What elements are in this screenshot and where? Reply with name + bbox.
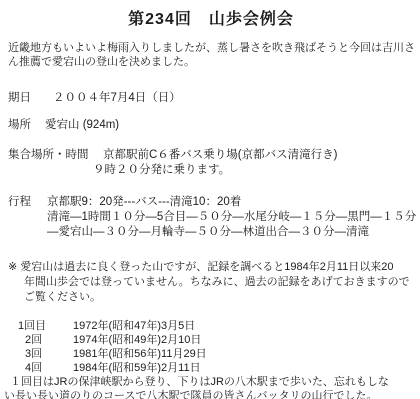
text-line: 近畿地方もいよいよ梅雨入りしましたが、蒸し暑さを吹き飛ばそうと今回は吉川さ	[8, 41, 414, 55]
info-label: 期日	[8, 91, 31, 106]
record-date: 1981年(昭和56年)11月29日	[73, 348, 207, 360]
text-line: 清滝—1時間１０分—5合目—５０分—水尾分岐—１５分—黒門—１５分	[47, 210, 414, 225]
record-row: 4回1984年(昭和59年)2月11日	[8, 361, 414, 375]
info-value: 愛宕山 (924m)	[45, 118, 414, 133]
info-label: 場所	[8, 118, 31, 133]
text-line: ※ 愛宕山は過去に良く登った山ですが、記録を調べると1984年2月11日以来20	[8, 260, 414, 275]
info-section: 期日２００４年7月4日（日）場所愛宕山 (924m)集合場所・時間京都駅前C６番…	[8, 91, 414, 240]
text-line: 年間山歩会では登っていません。ちなみに、過去の記録をあげておきますので	[8, 275, 414, 290]
info-value: 京都駅9：20発---バス---清滝10：20着清滝—1時間１０分—5合目—５０…	[47, 195, 414, 240]
info-row: 行程京都駅9：20発---バス---清滝10：20着清滝—1時間１０分—5合目—…	[8, 195, 414, 240]
record-label: 4回	[18, 361, 73, 375]
record-label: 3回	[18, 347, 73, 361]
record-label: 2回	[18, 333, 73, 347]
intro-paragraph: 近畿地方もいよいよ梅雨入りしましたが、蒸し暑さを吹き飛ばそうと今回は吉川さん推薦…	[8, 41, 414, 69]
page-title: 第234回 山歩会例会	[8, 6, 414, 29]
note-paragraph: ※ 愛宕山は過去に良く登った山ですが、記録を調べると1984年2月11日以来20…	[8, 260, 414, 305]
text-line: 愛宕山 (924m)	[45, 118, 414, 133]
record-label: 1回目	[18, 319, 73, 333]
closing-paragraph: １回目はJRの保津峡駅から登り、下りはJRの八木駅まで歩いた、忘れもしない長い長…	[4, 375, 414, 399]
info-value: ２００４年7月4日（日）	[53, 91, 414, 106]
text-line: 京都駅前C６番バス乗り場(京都バス清滝行き)	[103, 148, 414, 163]
info-label: 集合場所・時間	[8, 148, 89, 163]
text-line: い長い長い道のりのコースで八木駅で隊員の皆さんバッタリの山行でした。	[4, 389, 414, 399]
text-line: ９時２０分発に乗ります。	[93, 163, 414, 178]
info-label: 行程	[8, 195, 31, 210]
record-row: 2回1974年(昭和49年)2月10日	[8, 333, 414, 347]
record-date: 1974年(昭和49年)2月10日	[73, 334, 201, 346]
text-line: —愛宕山—３０分—月輪寺—５０分—林道出合—３０分—清滝	[47, 225, 414, 240]
records-list: 1回目1972年(昭和47年)3月5日2回1974年(昭和49年)2月10日3回…	[8, 319, 414, 375]
text-line: １回目はJRの保津峡駅から登り、下りはJRの八木駅まで歩いた、忘れもしな	[4, 375, 414, 389]
text-line: ん推薦で愛宕山の登山を決めました。	[8, 55, 414, 69]
record-date: 1984年(昭和59年)2月11日	[73, 362, 201, 374]
info-row: 集合場所・時間京都駅前C６番バス乗り場(京都バス清滝行き)９時２０分発に乗ります…	[8, 148, 414, 178]
info-row: 期日２００４年7月4日（日）	[8, 91, 414, 106]
document-page: 第234回 山歩会例会 近畿地方もいよいよ梅雨入りしましたが、蒸し暑さを吹き飛ば…	[0, 0, 420, 399]
info-value: 京都駅前C６番バス乗り場(京都バス清滝行き)９時２０分発に乗ります。	[103, 148, 414, 178]
text-line: 京都駅9：20発---バス---清滝10：20着	[47, 195, 414, 210]
text-line: ご覧ください。	[8, 290, 414, 305]
text-line: ２００４年7月4日（日）	[53, 91, 414, 106]
info-row: 場所愛宕山 (924m)	[8, 118, 414, 133]
record-row: 3回1981年(昭和56年)11月29日	[8, 347, 414, 361]
record-date: 1972年(昭和47年)3月5日	[73, 320, 195, 332]
record-row: 1回目1972年(昭和47年)3月5日	[8, 319, 414, 333]
